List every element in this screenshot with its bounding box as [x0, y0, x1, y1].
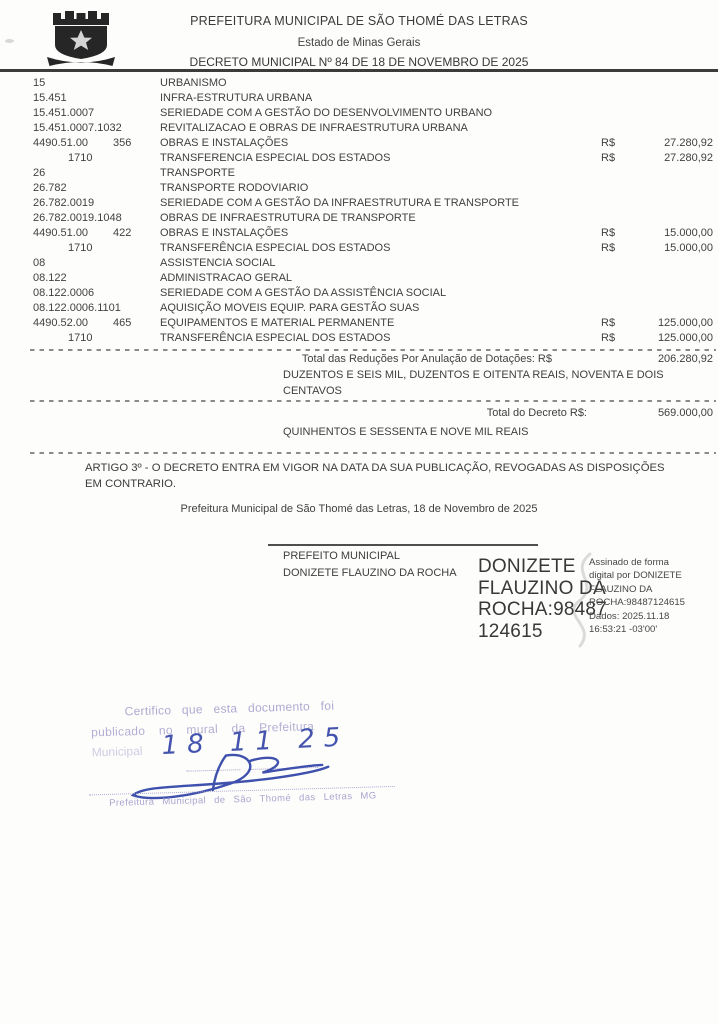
digital-signature-details: Assinado de forma digital por DONIZETE F… [589, 556, 685, 636]
row-description: OBRAS E INSTALAÇÕES [160, 227, 288, 239]
row-code: 08.122.0006.1101 [33, 302, 121, 314]
row-code: 08.122 [33, 272, 67, 284]
row-description: TRANSPORTE [160, 167, 235, 179]
row-description: ASSISTENCIA SOCIAL [160, 257, 276, 269]
table-row: 26.782.0019SERIEDADE COM A GESTÃO DA INF… [0, 197, 718, 212]
row-description: ADMINISTRACAO GERAL [160, 272, 292, 284]
row-description: SERIEDADE COM A GESTÃO DA INFRAESTRUTURA… [160, 197, 519, 209]
row-code: 26.782.0019 [33, 197, 94, 209]
row-description: URBANISMO [160, 77, 227, 89]
table-row: 26.782TRANSPORTE RODOVIARIO [0, 182, 718, 197]
table-row: 08.122.0006SERIEDADE COM A GESTÃO DA ASS… [0, 287, 718, 302]
table-row: 1710TRANSFERÊNCIA ESPECIAL DOS ESTADOSR$… [0, 332, 718, 347]
table-row: 1710TRANSFERENCIA ESPECIAL DOS ESTADOSR$… [0, 152, 718, 167]
dashed-divider [30, 349, 716, 351]
row-subcode: 465 [113, 317, 131, 329]
table-row: 08.122.0006.1101AQUISIÇÃO MOVEIS EQUIP. … [0, 302, 718, 317]
row-code: 1710 [68, 152, 92, 164]
document-dateline: Prefeitura Municipal de São Thomé das Le… [0, 503, 718, 515]
budget-rows: 15URBANISMO15.451INFRA-ESTRUTURA URBANA1… [0, 77, 718, 347]
row-description: TRANSFERÊNCIA ESPECIAL DOS ESTADOS [160, 332, 390, 344]
table-row: 08ASSISTENCIA SOCIAL [0, 257, 718, 272]
row-description: SERIEDADE COM A GESTÃO DO DESENVOLVIMENT… [160, 107, 492, 119]
row-description: TRANSPORTE RODOVIARIO [160, 182, 308, 194]
signature-line [268, 544, 538, 546]
decree-total-value: 569.000,00 [658, 407, 713, 419]
row-code: 15.451 [33, 92, 67, 104]
row-description: TRANSFERENCIA ESPECIAL DOS ESTADOS [160, 152, 390, 164]
row-code: 4490.51.00 [33, 227, 88, 239]
stamp-line-1: Certifico que esta documento foi [124, 699, 334, 719]
row-currency: R$ [601, 317, 615, 329]
table-row: 15.451INFRA-ESTRUTURA URBANA [0, 92, 718, 107]
row-amount: 27.280,92 [664, 137, 713, 149]
reductions-total-value: 206.280,92 [658, 353, 713, 365]
header-decree-title: DECRETO MUNICIPAL Nº 84 DE 18 DE NOVEMBR… [0, 55, 718, 69]
table-row: 08.122ADMINISTRACAO GERAL [0, 272, 718, 287]
row-description: AQUISIÇÃO MOVEIS EQUIP. PARA GESTÃO SUAS [160, 302, 419, 314]
row-description: REVITALIZACAO E OBRAS DE INFRAESTRUTURA … [160, 122, 468, 134]
row-amount: 15.000,00 [664, 227, 713, 239]
publication-stamp: Certifico que esta documento foi publica… [86, 689, 410, 830]
reductions-total-words: DUZENTOS E SEIS MIL, DUZENTOS E OITENTA … [283, 368, 664, 399]
row-currency: R$ [601, 137, 615, 149]
table-row: 1710TRANSFERÊNCIA ESPECIAL DOS ESTADOSR$… [0, 242, 718, 257]
row-subcode: 356 [113, 137, 131, 149]
row-description: INFRA-ESTRUTURA URBANA [160, 92, 312, 104]
row-code: 08.122.0006 [33, 287, 94, 299]
table-row: 26.782.0019.1048OBRAS DE INFRAESTRUTURA … [0, 212, 718, 227]
table-row: 4490.51.00356OBRAS E INSTALAÇÕESR$27.280… [0, 137, 718, 152]
row-code: 08 [33, 257, 45, 269]
row-code: 15 [33, 77, 45, 89]
row-amount: 27.280,92 [664, 152, 713, 164]
row-currency: R$ [601, 152, 615, 164]
row-currency: R$ [601, 332, 615, 344]
table-row: 4490.52.00465EQUIPAMENTOS E MATERIAL PER… [0, 317, 718, 332]
row-currency: R$ [601, 227, 615, 239]
header-org-title: PREFEITURA MUNICIPAL DE SÃO THOMÉ DAS LE… [0, 14, 718, 28]
table-row: 4490.51.00422OBRAS E INSTALAÇÕESR$15.000… [0, 227, 718, 242]
dashed-divider [30, 400, 716, 402]
signer-name: DONIZETE FLAUZINO DA ROCHA [283, 567, 457, 579]
row-description: EQUIPAMENTOS E MATERIAL PERMANENTE [160, 317, 394, 329]
row-code: 4490.52.00 [33, 317, 88, 329]
table-row: 26TRANSPORTE [0, 167, 718, 182]
row-description: OBRAS DE INFRAESTRUTURA DE TRANSPORTE [160, 212, 416, 224]
row-code: 1710 [68, 242, 92, 254]
dashed-divider [30, 452, 716, 454]
decree-total-words: QUINHENTOS E SESSENTA E NOVE MIL REAIS [283, 426, 529, 438]
digital-signature-name: DONIZETE FLAUZINO DA ROCHA:98487 124615 [478, 556, 607, 642]
row-currency: R$ [601, 242, 615, 254]
row-amount: 15.000,00 [664, 242, 713, 254]
row-description: TRANSFERÊNCIA ESPECIAL DOS ESTADOS [160, 242, 390, 254]
row-subcode: 422 [113, 227, 131, 239]
row-amount: 125.000,00 [658, 332, 713, 344]
row-code: 15.451.0007.1032 [33, 122, 122, 134]
table-row: 15URBANISMO [0, 77, 718, 92]
header-rule [0, 69, 718, 72]
row-code: 26.782.0019.1048 [33, 212, 122, 224]
row-code: 1710 [68, 332, 92, 344]
row-code: 26.782 [33, 182, 67, 194]
reductions-total-label: Total das Reduções Por Anulação de Dotaç… [302, 353, 552, 365]
table-row: 15.451.0007.1032REVITALIZACAO E OBRAS DE… [0, 122, 718, 137]
row-description: SERIEDADE COM A GESTÃO DA ASSISTÊNCIA SO… [160, 287, 446, 299]
row-code: 15.451.0007 [33, 107, 94, 119]
row-amount: 125.000,00 [658, 317, 713, 329]
signer-role: PREFEITO MUNICIPAL [283, 550, 400, 562]
row-code: 26 [33, 167, 45, 179]
row-code: 4490.51.00 [33, 137, 88, 149]
article-3-text: ARTIGO 3º - O DECRETO ENTRA EM VIGOR NA … [85, 461, 710, 492]
table-row: 15.451.0007SERIEDADE COM A GESTÃO DO DES… [0, 107, 718, 122]
row-description: OBRAS E INSTALAÇÕES [160, 137, 288, 149]
header-state-line: Estado de Minas Gerais [0, 37, 718, 49]
document-page: { "header": { "org": "PREFEITURA MUNICIP… [0, 0, 718, 1024]
decree-total-label: Total do Decreto R$: [487, 407, 587, 419]
